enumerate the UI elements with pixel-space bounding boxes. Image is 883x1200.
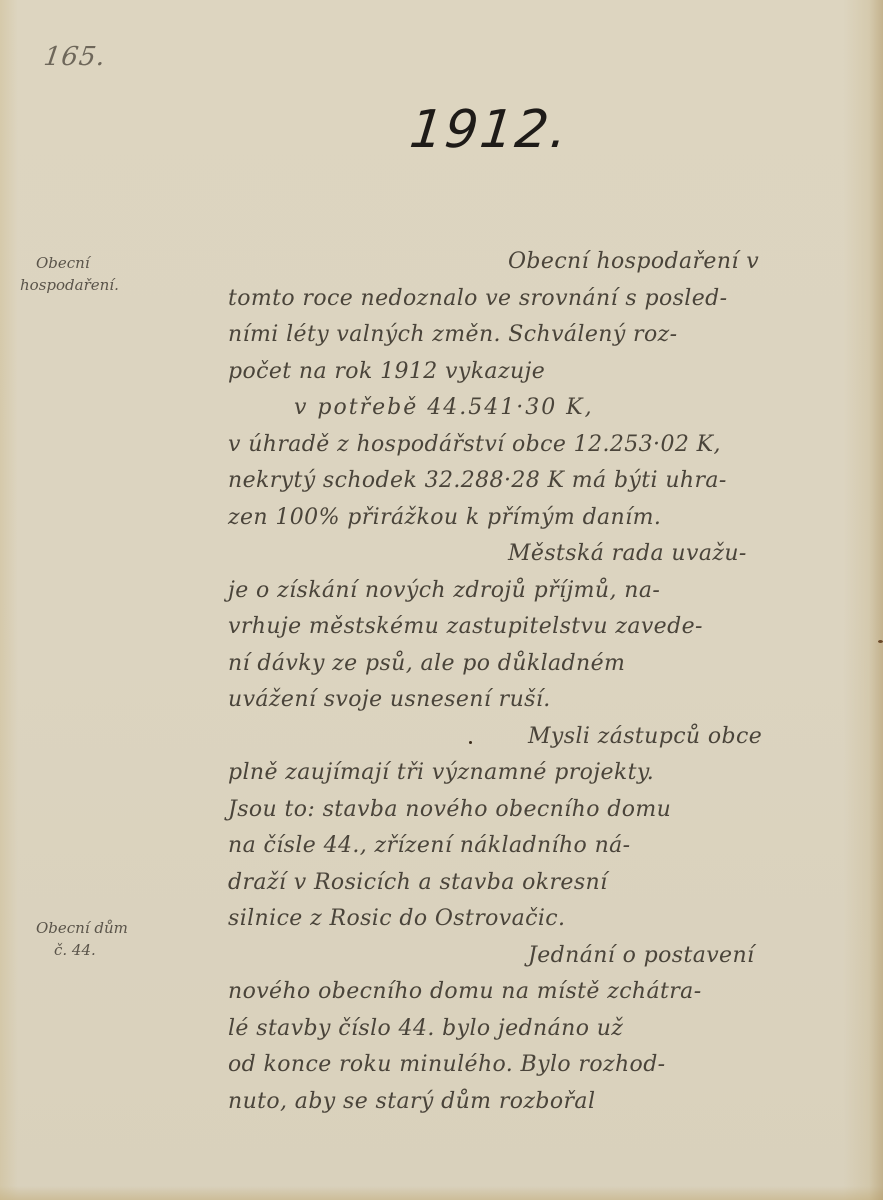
ink-spot <box>469 741 472 744</box>
text-line: plně zaujímají tři významné projekty. <box>228 755 868 792</box>
text-line: vrhuje městskému zastupitelstvu zavede- <box>228 609 868 646</box>
page-number: 165. <box>42 42 108 72</box>
text-line: na čísle 44., zřízení nákladního ná- <box>228 828 868 865</box>
edge-mark <box>878 640 883 643</box>
handwritten-body: Obecní hospodaření v tomto roce nedoznal… <box>228 244 868 1120</box>
text-line: ní dávky ze psů, ale po důkladném <box>228 646 868 683</box>
text-line: lé stavby číslo 44. bylo jednáno už <box>228 1011 868 1048</box>
text-line: nového obecního domu na místě zchátra- <box>228 974 868 1011</box>
text-line: uvážení svoje usnesení ruší. <box>228 682 868 719</box>
text-line: ními léty valných změn. Schválený roz- <box>228 317 868 354</box>
text-line: zen 100% přirážkou k přímým daním. <box>228 500 868 537</box>
budget-need-line: v potřebě 44.541·30 K, <box>228 390 868 427</box>
text-line: je o získání nových zdrojů příjmů, na- <box>228 573 868 610</box>
text-line: Městská rada uvažu- <box>228 536 868 573</box>
margin-note-municipal-house: Obecní dům č. 44. <box>36 917 128 961</box>
margin-note-line: hospodaření. <box>20 274 119 296</box>
margin-note-line: č. 44. <box>36 939 128 961</box>
text-line: nuto, aby se starý dům rozbořal <box>228 1084 868 1121</box>
text-line: Jsou to: stavba nového obecního domu <box>228 792 868 829</box>
text-line: draží v Rosicích a stavba okresní <box>228 865 868 902</box>
margin-note-municipal-economy: Obecní hospodaření. <box>20 252 119 296</box>
budget-deficit-line: nekrytý schodek 32.288·28 K má býti uhra… <box>228 463 868 500</box>
text-line: silnice z Rosic do Ostrovačic. <box>228 901 868 938</box>
text-line: Jednání o postavení <box>228 938 868 975</box>
text-line: Obecní hospodaření v <box>228 244 868 281</box>
text-line: Mysli zástupců obce <box>228 719 868 756</box>
text-line: počet na rok 1912 vykazuje <box>228 354 868 391</box>
budget-coverage-line: v úhradě z hospodářství obce 12.253·02 K… <box>228 427 868 464</box>
manuscript-page: 165. 1912. Obecní hospodaření. Obecní dů… <box>0 0 883 1200</box>
text-line: od konce roku minulého. Bylo rozhod- <box>228 1047 868 1084</box>
margin-note-line: Obecní dům <box>36 917 128 939</box>
text-line: tomto roce nedoznalo ve srovnání s posle… <box>228 281 868 318</box>
year-heading: 1912. <box>407 100 572 160</box>
margin-note-line: Obecní <box>20 252 119 274</box>
